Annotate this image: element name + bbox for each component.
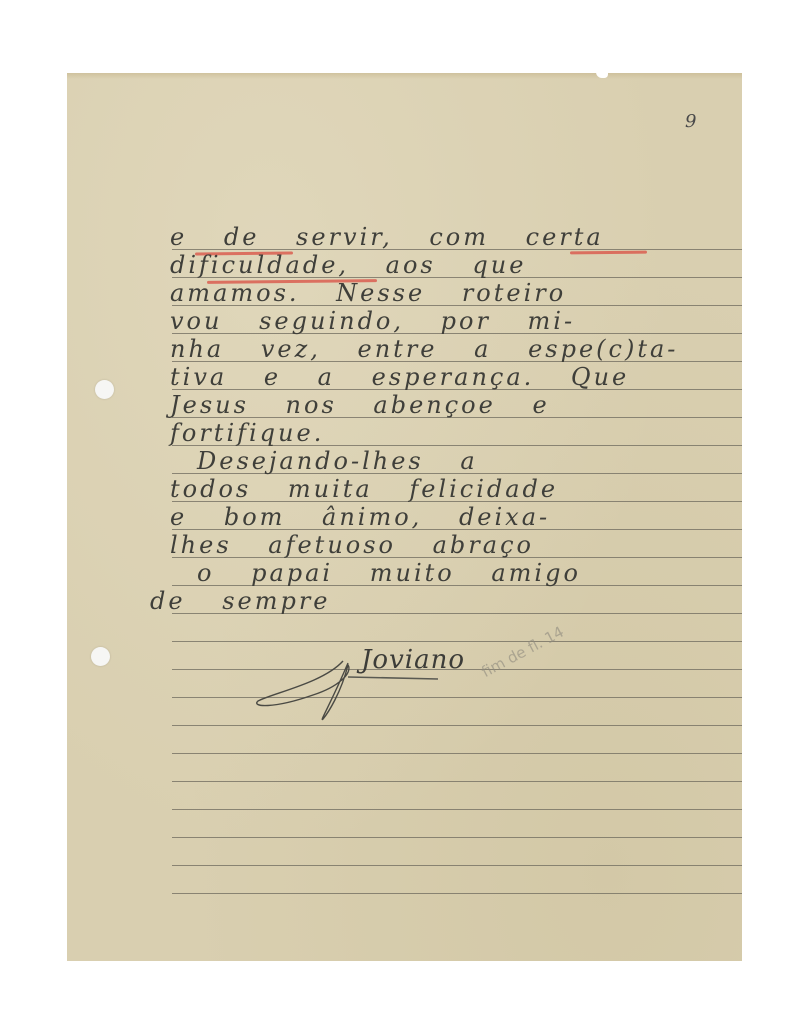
punch-hole-upper bbox=[95, 380, 114, 399]
rule-line bbox=[172, 837, 742, 838]
letter-page: 9 e de servir, com certa dificuldade, ao… bbox=[67, 73, 742, 961]
rule-line bbox=[172, 893, 742, 894]
text-line: Jesus nos abençoe e bbox=[170, 391, 742, 419]
rule-line bbox=[172, 809, 742, 810]
paper-stain bbox=[67, 73, 742, 79]
text-line: o papai muito amigo bbox=[197, 559, 769, 587]
rule-line bbox=[172, 725, 742, 726]
signature: Joviano bbox=[361, 645, 465, 675]
text-line: nha vez, entre a espe(c)ta- bbox=[170, 335, 742, 363]
text-line: vou seguindo, por mi- bbox=[170, 307, 742, 335]
text-line: de sempre bbox=[150, 587, 722, 615]
text-line: e de servir, com certa bbox=[170, 223, 742, 251]
rule-line bbox=[172, 753, 742, 754]
pencil-annotation: fim de fl. 14 bbox=[479, 623, 567, 681]
text-line: amamos. Nesse roteiro bbox=[170, 279, 742, 307]
rule-line bbox=[172, 865, 742, 866]
text-line: lhes afetuoso abraço bbox=[170, 531, 742, 559]
punch-hole-lower bbox=[91, 647, 110, 666]
text-line: todos muita felicidade bbox=[170, 475, 742, 503]
page-number: 9 bbox=[685, 111, 696, 132]
rule-line bbox=[172, 641, 742, 642]
page-tear bbox=[596, 66, 608, 78]
text-line: e bom ânimo, deixa- bbox=[170, 503, 742, 531]
text-line: fortifique. bbox=[170, 419, 742, 447]
text-line: dificuldade, aos que bbox=[170, 251, 742, 279]
text-line: Desejando-lhes a bbox=[197, 447, 769, 475]
rule-line bbox=[172, 781, 742, 782]
text-line: tiva e a esperança. Que bbox=[170, 363, 742, 391]
